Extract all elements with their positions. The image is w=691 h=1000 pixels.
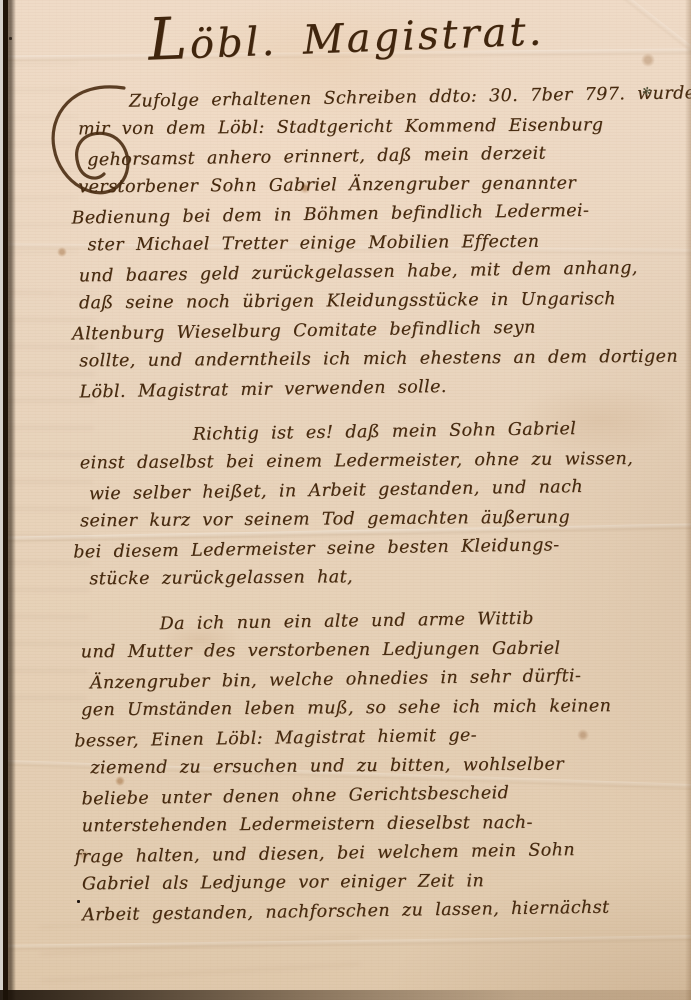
ink-showthrough: [6, 62, 78, 272]
page-right-edge: [685, 0, 691, 1000]
page-left-edge: [0, 0, 16, 1000]
fold-crease: [578, 0, 691, 83]
manuscript-page: Löbl. Magistrat. Zufolge erhaltenen Schr…: [0, 0, 691, 1000]
ink-speck: [77, 900, 80, 903]
fold-crease: [0, 935, 691, 952]
paragraph: Zufolge erhaltenen Schreiben ddto: 30. 7…: [78, 82, 676, 404]
paragraph: Richtig ist es! daß mein Sohn Gabrielein…: [80, 416, 677, 593]
document-heading: Löbl. Magistrat.: [147, 0, 545, 74]
ink-speck: [9, 37, 12, 40]
document-body: Zufolge erhaltenen Schreiben ddto: 30. 7…: [78, 82, 678, 927]
paragraph: Da ich nun ein alte und arme Wittibund M…: [81, 605, 679, 927]
text-line: stücke zurückgelassen hat,: [89, 561, 676, 595]
page-bottom-edge: [0, 990, 691, 1000]
